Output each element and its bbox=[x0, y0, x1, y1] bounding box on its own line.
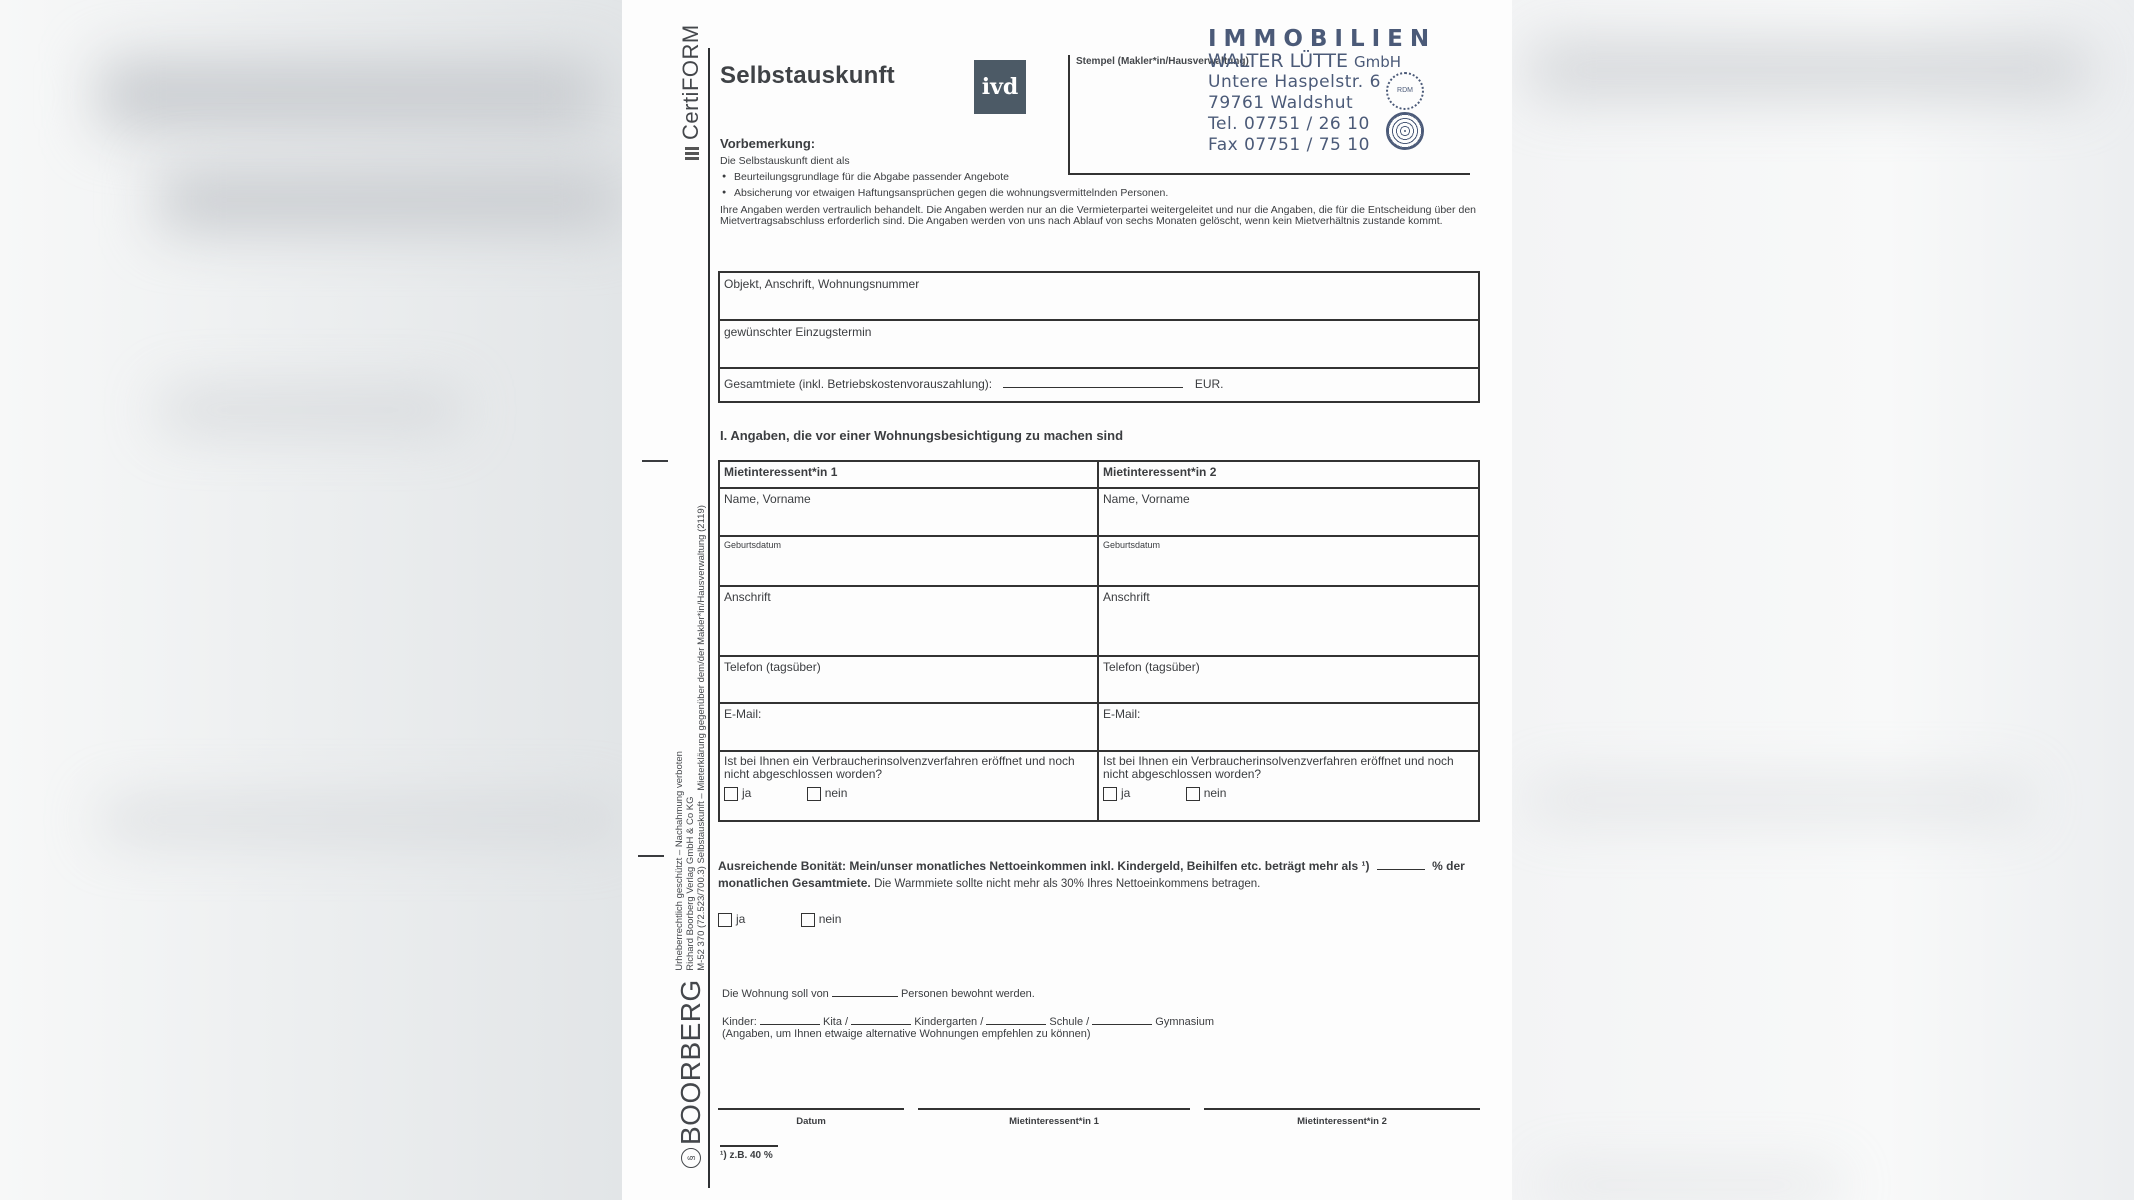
insolvency-question: Ist bei Ihnen ein Verbraucherinsolvenzve… bbox=[1103, 755, 1474, 781]
checkbox-yes[interactable] bbox=[724, 787, 738, 801]
boorberg-seal-icon: § bbox=[681, 1148, 701, 1168]
total-rent-row: Gesamtmiete (inkl. Betriebskostenvorausz… bbox=[720, 369, 1478, 401]
gymnasium-label: Gymnasium bbox=[1155, 1016, 1214, 1028]
applicant-1-signature-line[interactable]: Mietinteressent*in 1 bbox=[918, 1108, 1190, 1127]
school-count-input[interactable] bbox=[986, 1024, 1046, 1025]
applicant-1-name-field[interactable]: Name, Vorname bbox=[720, 489, 1099, 537]
certiform-brand: CertiFORM bbox=[678, 24, 704, 160]
background-blur bbox=[160, 170, 620, 230]
background-blur bbox=[160, 390, 460, 430]
form-title: Selbstauskunft bbox=[720, 62, 895, 90]
applicant-2-phone-field[interactable]: Telefon (tagsüber) bbox=[1099, 657, 1478, 704]
currency-label: EUR. bbox=[1195, 377, 1224, 391]
persons-count-input[interactable] bbox=[832, 996, 898, 997]
yes-label: ja bbox=[742, 786, 751, 800]
yes-label: ja bbox=[736, 912, 745, 926]
email-label: E-Mail: bbox=[1103, 707, 1140, 721]
applicant-1-insolvency: Ist bei Ihnen ein Verbraucherinsolvenzve… bbox=[720, 752, 1099, 820]
name-label: Name, Vorname bbox=[1103, 492, 1190, 506]
birthdate-label: Geburtsdatum bbox=[724, 540, 781, 550]
fold-mark bbox=[642, 460, 668, 462]
preface-bullets: Beurteilungsgrundlage für die Abgabe pas… bbox=[720, 169, 1476, 201]
preface-heading: Vorbemerkung: bbox=[720, 136, 1476, 151]
insolvency-options: ja nein bbox=[724, 787, 1093, 801]
stamp-company: WALTER LÜTTE GmbH bbox=[1208, 50, 1436, 72]
total-rent-label: Gesamtmiete (inkl. Betriebskostenvorausz… bbox=[724, 377, 992, 391]
ivd-logo: ivd bbox=[974, 60, 1026, 114]
preface-bullet: Beurteilungsgrundlage für die Abgabe pas… bbox=[734, 169, 1476, 185]
birthdate-label: Geburtsdatum bbox=[1103, 540, 1160, 550]
occupancy-note: (Angaben, um Ihnen etwaige alternative W… bbox=[722, 1028, 1422, 1040]
kindergarten-count-input[interactable] bbox=[851, 1024, 911, 1025]
creditworthiness-yes-option[interactable]: ja bbox=[718, 911, 745, 928]
address-label: Anschrift bbox=[724, 590, 771, 604]
insolvency-no-option[interactable]: nein bbox=[807, 787, 848, 801]
insolvency-yes-option[interactable]: ja bbox=[724, 787, 751, 801]
no-label: nein bbox=[825, 786, 848, 800]
no-label: nein bbox=[819, 912, 842, 926]
income-percent-input[interactable] bbox=[1377, 869, 1425, 870]
document-page: CertiFORM §BOORBERG Urheberrechtlich ges… bbox=[622, 0, 1512, 1200]
creditworthiness-no-option[interactable]: nein bbox=[801, 911, 842, 928]
applicant-2-name-field[interactable]: Name, Vorname bbox=[1099, 489, 1478, 537]
background-blur bbox=[1530, 780, 2030, 820]
left-margin-rule bbox=[708, 48, 710, 1188]
insolvency-question: Ist bei Ihnen ein Verbraucherinsolvenzve… bbox=[724, 755, 1093, 781]
background-blur bbox=[1540, 1170, 1840, 1200]
applicants-table: Mietinteressent*in 1 Mietinteressent*in … bbox=[718, 460, 1480, 822]
kita-count-input[interactable] bbox=[760, 1024, 820, 1025]
kita-label: Kita / bbox=[823, 1016, 848, 1028]
occupancy: Die Wohnung soll von Personen bewohnt we… bbox=[722, 988, 1422, 1040]
warm-rent-note: Die Warmmiete sollte nicht mehr als 30% … bbox=[874, 878, 1260, 890]
object-label: Objekt, Anschrift, Wohnungsnummer bbox=[724, 277, 919, 291]
phone-label: Telefon (tagsüber) bbox=[1103, 660, 1200, 674]
imprint-line-2: Richard Boorberg Verlag GmbH & Co KG bbox=[685, 796, 696, 970]
creditworthiness-label: Ausreichende Bonität: Mein/unser monatli… bbox=[718, 859, 1369, 873]
checkbox-no[interactable] bbox=[807, 787, 821, 801]
applicant-2-birthdate-field[interactable]: Geburtsdatum bbox=[1099, 537, 1478, 587]
phone-label: Telefon (tagsüber) bbox=[724, 660, 821, 674]
persons-prefix: Die Wohnung soll von bbox=[722, 988, 829, 1000]
email-label: E-Mail: bbox=[724, 707, 761, 721]
preface-intro: Die Selbstauskunft dient als bbox=[720, 155, 1476, 167]
school-label: Schule / bbox=[1049, 1016, 1089, 1028]
boorberg-imprint-lines: Urheberrechtlich geschützt – Nachahmung … bbox=[674, 505, 707, 971]
date-label: Datum bbox=[796, 1116, 826, 1127]
date-signature-line[interactable]: Datum bbox=[718, 1108, 904, 1127]
applicant-1-phone-field[interactable]: Telefon (tagsüber) bbox=[720, 657, 1099, 704]
applicant-1-header: Mietinteressent*in 1 bbox=[720, 462, 1099, 489]
name-label: Name, Vorname bbox=[724, 492, 811, 506]
applicant-2-email-field[interactable]: E-Mail: bbox=[1099, 704, 1478, 752]
persons-line: Die Wohnung soll von Personen bewohnt we… bbox=[722, 988, 1422, 1000]
section-1-title: I. Angaben, die vor einer Wohnungsbesich… bbox=[720, 428, 1123, 443]
creditworthiness-options: ja nein bbox=[718, 911, 1486, 928]
applicant-1-email-field[interactable]: E-Mail: bbox=[720, 704, 1099, 752]
total-rent-input[interactable] bbox=[1003, 387, 1183, 388]
applicant-2-header: Mietinteressent*in 2 bbox=[1099, 462, 1478, 489]
checkbox-no[interactable] bbox=[801, 913, 815, 927]
object-field[interactable]: Objekt, Anschrift, Wohnungsnummer bbox=[720, 273, 1478, 321]
boorberg-logo: BOORBERG bbox=[675, 979, 707, 1145]
children-label: Kinder: bbox=[722, 1016, 757, 1028]
background-blur bbox=[1530, 40, 2090, 100]
footnote: ¹) z.B. 40 % bbox=[720, 1150, 773, 1161]
background-blur bbox=[100, 60, 600, 130]
yes-label: ja bbox=[1121, 786, 1130, 800]
checkbox-yes[interactable] bbox=[1103, 787, 1117, 801]
kindergarten-label: Kindergarten / bbox=[914, 1016, 983, 1028]
background-blur bbox=[100, 800, 620, 840]
certiform-label: CertiFORM bbox=[678, 24, 703, 140]
gymnasium-count-input[interactable] bbox=[1092, 1024, 1152, 1025]
checkbox-no[interactable] bbox=[1186, 787, 1200, 801]
applicant-1-signature-label: Mietinteressent*in 1 bbox=[1009, 1116, 1099, 1127]
preface: Vorbemerkung: Die Selbstauskunft dient a… bbox=[720, 136, 1476, 229]
children-line: Kinder: Kita / Kindergarten / Schule / G… bbox=[722, 1016, 1422, 1028]
stamp-company-suffix: GmbH bbox=[1354, 53, 1401, 71]
applicant-2-signature-label: Mietinteressent*in 2 bbox=[1297, 1116, 1387, 1127]
applicant-1-address-field[interactable]: Anschrift bbox=[720, 587, 1099, 657]
background-right-panel bbox=[1512, 0, 2134, 1200]
address-label: Anschrift bbox=[1103, 590, 1150, 604]
persons-suffix: Personen bewohnt werden. bbox=[901, 988, 1035, 1000]
creditworthiness: Ausreichende Bonität: Mein/unser monatli… bbox=[718, 858, 1486, 928]
imprint-line-1: Urheberrechtlich geschützt – Nachahmung … bbox=[674, 751, 685, 971]
no-label: nein bbox=[1204, 786, 1227, 800]
object-box: Objekt, Anschrift, Wohnungsnummer gewüns… bbox=[718, 271, 1480, 403]
privacy-notice: Ihre Angaben werden vertraulich behandel… bbox=[720, 205, 1476, 227]
applicant-2-insolvency: Ist bei Ihnen ein Verbraucherinsolvenzve… bbox=[1099, 752, 1478, 820]
stamp-company-name: WALTER LÜTTE bbox=[1208, 50, 1348, 72]
preface-bullet: Absicherung vor etwaigen Haftungsansprüc… bbox=[734, 185, 1476, 201]
boorberg-imprint: §BOORBERG Urheberrechtlich geschützt – N… bbox=[674, 505, 707, 1168]
applicant-2-signature-line[interactable]: Mietinteressent*in 2 bbox=[1204, 1108, 1480, 1127]
move-in-label: gewünschter Einzugstermin bbox=[724, 325, 871, 339]
rdm-seal-icon: RDM bbox=[1386, 72, 1424, 110]
insolvency-options: ja nein bbox=[1103, 787, 1474, 801]
move-in-date-field[interactable]: gewünschter Einzugstermin bbox=[720, 321, 1478, 369]
insolvency-no-option[interactable]: nein bbox=[1186, 787, 1227, 801]
certiform-grid-icon bbox=[685, 146, 699, 160]
fold-mark bbox=[638, 855, 664, 857]
checkbox-yes[interactable] bbox=[718, 913, 732, 927]
imprint-line-3: M-52 370 (72.523/700.3) Selbstauskunft –… bbox=[696, 505, 707, 971]
applicant-1-birthdate-field[interactable]: Geburtsdatum bbox=[720, 537, 1099, 587]
stamp-immobilien: IMMOBILIEN bbox=[1208, 26, 1436, 52]
insolvency-yes-option[interactable]: ja bbox=[1103, 787, 1130, 801]
applicant-2-address-field[interactable]: Anschrift bbox=[1099, 587, 1478, 657]
